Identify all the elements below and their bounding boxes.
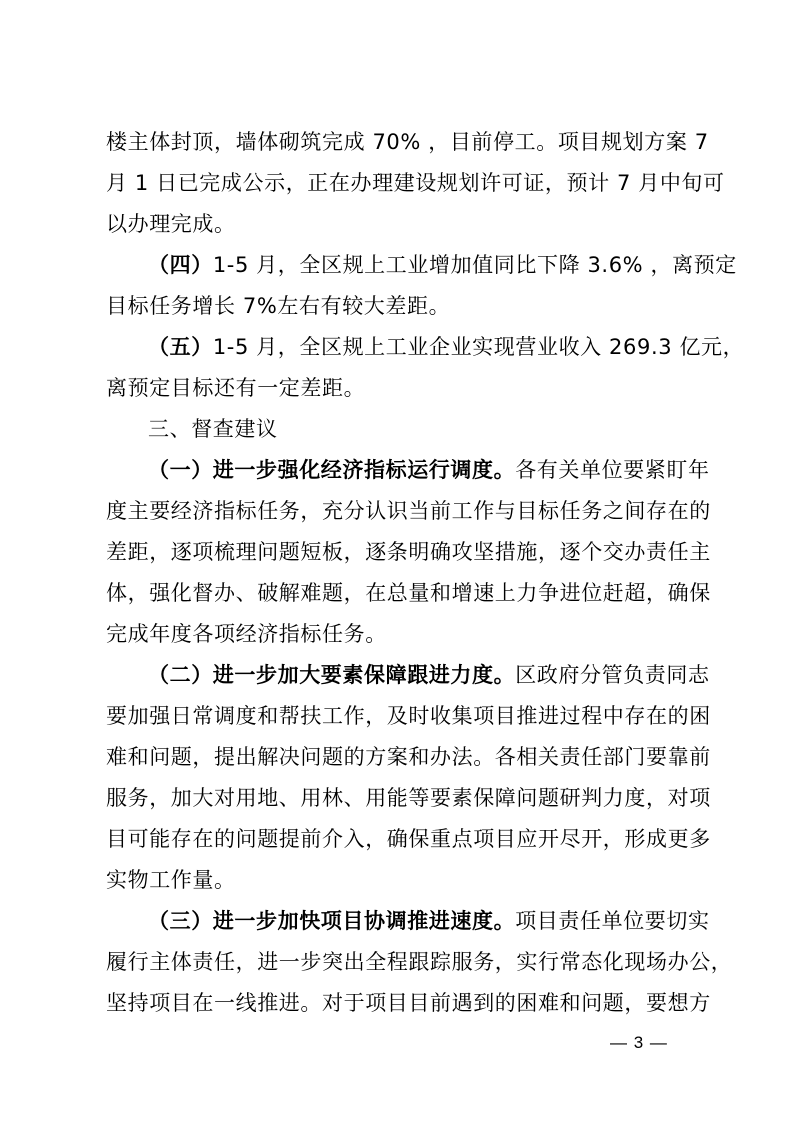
suggestion-three-heading: （三）进一步加快项目协调推进速度。 bbox=[148, 909, 515, 933]
paragraph-line: 离预定目标还有一定差距。 bbox=[106, 368, 706, 409]
paragraph-line: 体，强化督办、破解难题，在总量和增速上力争进位赶超，确保 bbox=[106, 573, 706, 614]
paragraph-line: 目标任务增长 7%左右有较大差距。 bbox=[106, 286, 706, 327]
paragraph-line: 服务，加大对用地、用林、用能等要素保障问题研判力度，对项 bbox=[106, 778, 706, 819]
paragraph-line: 难和问题，提出解决问题的方案和办法。各相关责任部门要靠前 bbox=[106, 737, 706, 778]
paragraph-line: 坚持项目在一线推进。对于项目目前遇到的困难和问题，要想方 bbox=[106, 983, 706, 1024]
suggestion-one-text: 各有关单位要紧盯年 bbox=[515, 458, 709, 482]
paragraph-line: 度主要经济指标任务，充分认识当前工作与目标任务之间存在的 bbox=[106, 491, 706, 532]
suggestion-two-text: 区政府分管负责同志 bbox=[515, 663, 709, 687]
suggestion-one-heading: （一）进一步强化经济指标运行调度。 bbox=[148, 458, 515, 482]
suggestion-two-heading: （二）进一步加大要素保障跟进力度。 bbox=[148, 663, 515, 687]
paragraph-line: 完成年度各项经济指标任务。 bbox=[106, 614, 706, 655]
suggestion-one-line: （一）进一步强化经济指标运行调度。各有关单位要紧盯年 bbox=[106, 450, 706, 491]
item-five-text: 1-5 月，全区规上工业企业实现营业收入 269.3 亿元， bbox=[213, 335, 744, 359]
item-four-text: 1-5 月，全区规上工业增加值同比下降 3.6% ，离预定 bbox=[213, 253, 737, 277]
section-heading: 三、督查建议 bbox=[106, 409, 706, 450]
document-page: 楼主体封顶，墙体砌筑完成 70% ，目前停工。项目规划方案 7 月 1 日已完成… bbox=[106, 122, 706, 1024]
paragraph-line: 实物工作量。 bbox=[106, 860, 706, 901]
paragraph-line: 履行主体责任，进一步突出全程跟踪服务，实行常态化现场办公， bbox=[106, 942, 706, 983]
paragraph-line: 以办理完成。 bbox=[106, 204, 706, 245]
suggestion-three-line: （三）进一步加快项目协调推进速度。项目责任单位要切实 bbox=[106, 901, 706, 942]
item-five-line: （五）1-5 月，全区规上工业企业实现营业收入 269.3 亿元， bbox=[106, 327, 706, 368]
paragraph-line: 差距，逐项梳理问题短板，逐条明确攻坚措施，逐个交办责任主 bbox=[106, 532, 706, 573]
suggestion-three-text: 项目责任单位要切实 bbox=[515, 909, 709, 933]
paragraph-line: 月 1 日已完成公示，正在办理建设规划许可证，预计 7 月中旬可 bbox=[106, 163, 706, 204]
page-number: — 3 — bbox=[610, 1033, 668, 1053]
item-four-line: （四）1-5 月，全区规上工业增加值同比下降 3.6% ，离预定 bbox=[106, 245, 706, 286]
item-four-heading: （四） bbox=[148, 253, 213, 277]
paragraph-line: 目可能存在的问题提前介入，确保重点项目应开尽开，形成更多 bbox=[106, 819, 706, 860]
paragraph-line: 楼主体封顶，墙体砌筑完成 70% ，目前停工。项目规划方案 7 bbox=[106, 122, 706, 163]
item-five-heading: （五） bbox=[148, 335, 213, 359]
suggestion-two-line: （二）进一步加大要素保障跟进力度。区政府分管负责同志 bbox=[106, 655, 706, 696]
paragraph-line: 要加强日常调度和帮扶工作，及时收集项目推进过程中存在的困 bbox=[106, 696, 706, 737]
